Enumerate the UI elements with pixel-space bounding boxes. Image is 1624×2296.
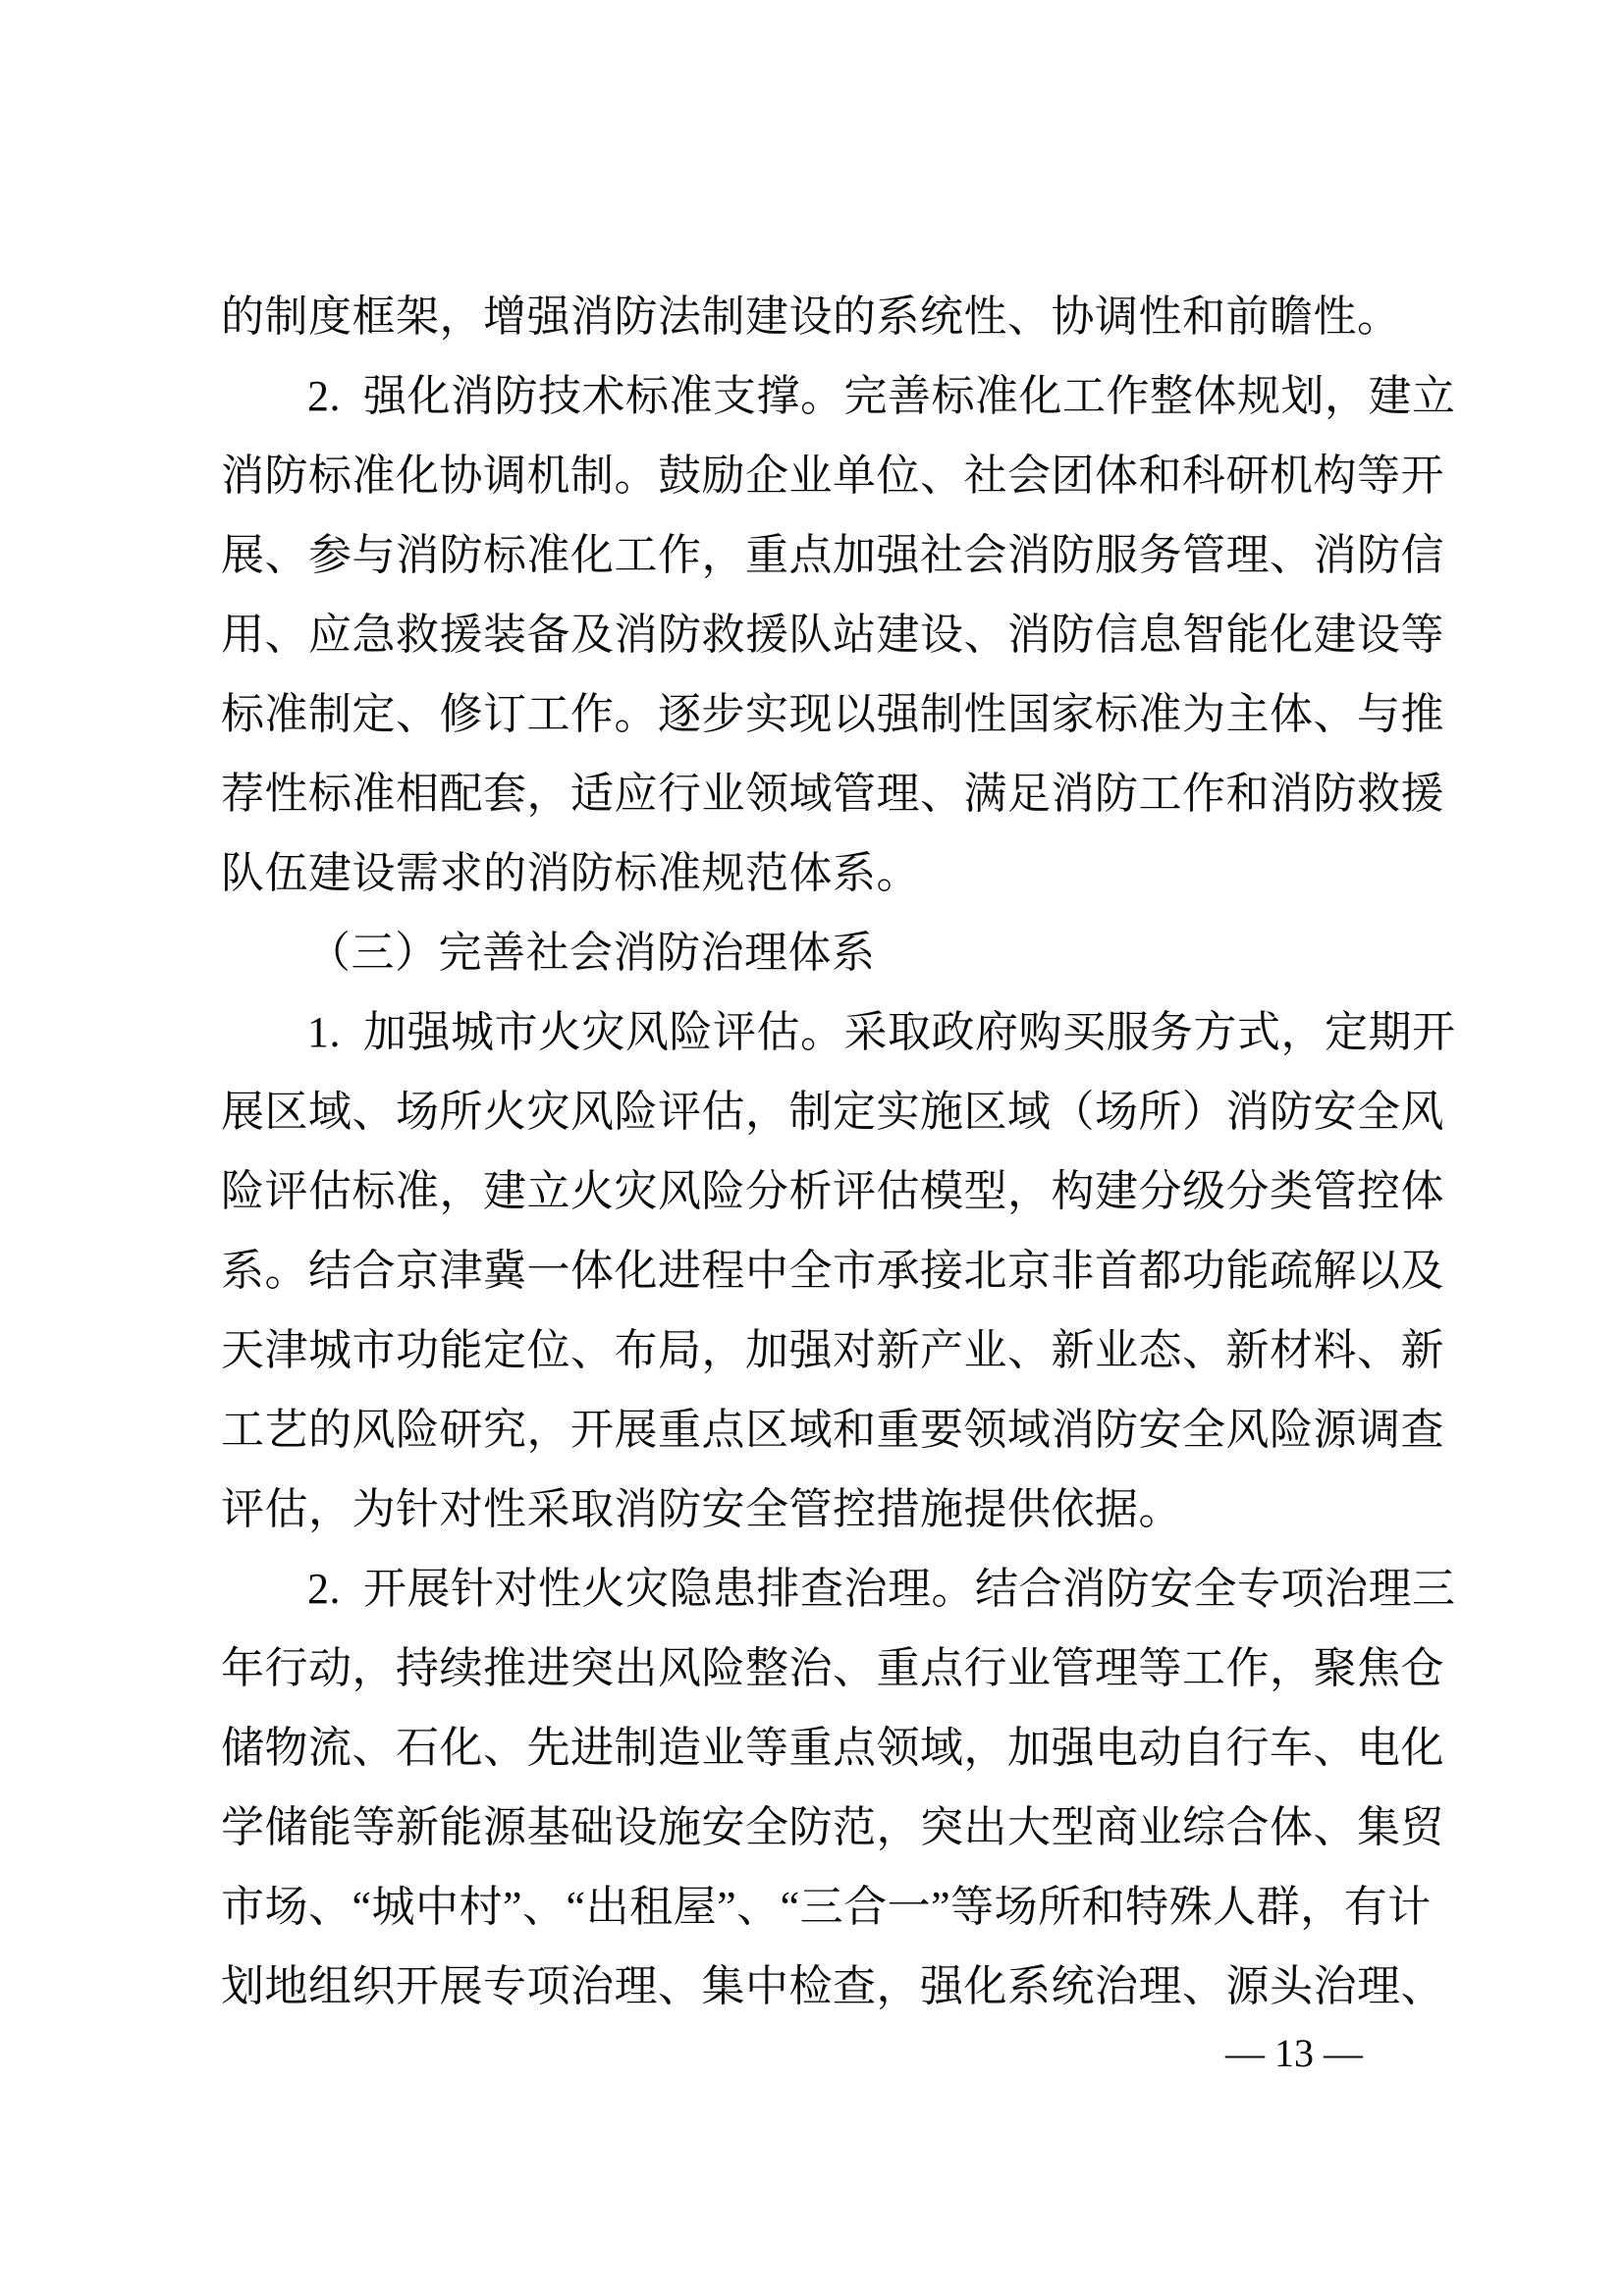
text-line: 划地组织开展专项治理、集中检查，强化系统治理、源头治理、 — [221, 1947, 1434, 2026]
document-page: 的制度框架，增强消防法制建设的系统性、协调性和前瞻性。 2. 强化消防技术标准支… — [0, 0, 1624, 2296]
text-line: 1. 加强城市火灾风险评估。采取政府购买服务方式，定期开 — [221, 992, 1434, 1072]
text-block: 的制度框架，增强消防法制建设的系统性、协调性和前瞻性。 2. 强化消防技术标准支… — [221, 277, 1434, 2026]
text-line: 的制度框架，增强消防法制建设的系统性、协调性和前瞻性。 — [221, 277, 1434, 356]
section-heading: （三）完善社会消防治理体系 — [221, 913, 1434, 992]
text-line: 评估，为针对性采取消防安全管控措施提供依据。 — [221, 1469, 1434, 1549]
text-line: 展区域、场所火灾风险评估，制定实施区域（场所）消防安全风 — [221, 1072, 1434, 1151]
text-line: 2. 开展针对性火灾隐患排查治理。结合消防安全专项治理三 — [221, 1549, 1434, 1629]
text-line: 消防标准化协调机制。鼓励企业单位、社会团体和科研机构等开 — [221, 436, 1434, 515]
text-line: 学储能等新能源基础设施安全防范，突出大型商业综合体、集贸 — [221, 1788, 1434, 1867]
text-line: 荐性标准相配套，适应行业领域管理、满足消防工作和消防救援 — [221, 754, 1434, 833]
text-line: 天津城市功能定位、布局，加强对新产业、新业态、新材料、新 — [221, 1310, 1434, 1390]
page-number: — 13 — — [1225, 2030, 1363, 2077]
text-line: 2. 强化消防技术标准支撑。完善标准化工作整体规划，建立 — [221, 356, 1434, 436]
text-line: 险评估标准，建立火灾风险分析评估模型，构建分级分类管控体 — [221, 1151, 1434, 1231]
text-line: 市场、“城中村”、“出租屋”、“三合一”等场所和特殊人群，有计 — [221, 1867, 1434, 1947]
text-line: 年行动，持续推进突出风险整治、重点行业管理等工作，聚焦仓 — [221, 1629, 1434, 1708]
text-line: 队伍建设需求的消防标准规范体系。 — [221, 833, 1434, 913]
text-line: 标准制定、修订工作。逐步实现以强制性国家标准为主体、与推 — [221, 674, 1434, 754]
text-line: 工艺的风险研究，开展重点区域和重要领域消防安全风险源调查 — [221, 1390, 1434, 1469]
text-line: 用、应急救援装备及消防救援队站建设、消防信息智能化建设等 — [221, 595, 1434, 674]
text-line: 储物流、石化、先进制造业等重点领域，加强电动自行车、电化 — [221, 1708, 1434, 1788]
text-line: 系。结合京津冀一体化进程中全市承接北京非首都功能疏解以及 — [221, 1231, 1434, 1310]
text-line: 展、参与消防标准化工作，重点加强社会消防服务管理、消防信 — [221, 515, 1434, 595]
